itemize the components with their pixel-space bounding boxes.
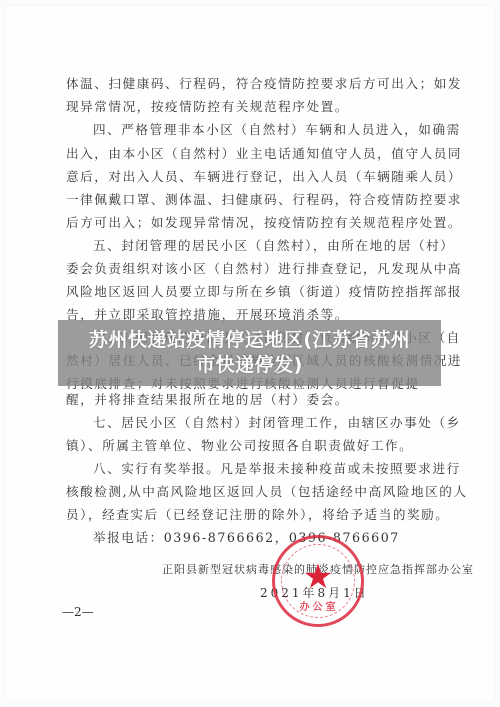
doc-line: 一律佩戴口罩、测体温、扫健康码、行程码，符合疫情防控要求 bbox=[66, 192, 462, 208]
doc-line: 七、居民小区（自然村）封闭管理工作，由辖区办事处（乡 bbox=[93, 415, 461, 431]
report-phone-line: 举报电话：0396-8766662，0396-8766607 bbox=[93, 530, 400, 546]
doc-line: 委会负责组织对该小区（自然村）进行排查登记，凡发现从中高 bbox=[66, 261, 462, 277]
doc-line: 员），经查实后（已经登记注册的除外），将给予适当的奖励。 bbox=[66, 507, 449, 523]
doc-line: 四、严格管理非本小区（自然村）车辆和人员进入，如确需 bbox=[93, 122, 461, 138]
doc-line: 后方可出入；如发现异常情况，按疫情防控有关规范程序处置。 bbox=[66, 215, 462, 231]
doc-line: 风险地区返回人员要立即与所在乡镇（街道）疫情防控指挥部报 bbox=[66, 284, 462, 300]
doc-line: 核酸检测,从中高风险地区返回人员（包括途经中高风险地区的人 bbox=[66, 484, 468, 500]
page-number: —2— bbox=[62, 605, 94, 619]
doc-line: 醒，并将排查结果报所在地的居（村）委会。 bbox=[66, 392, 349, 408]
doc-line: 八、实行有奖举报。凡是举报未接种疫苗或未按照要求进行 bbox=[93, 461, 461, 477]
doc-line: 现异常情况，按疫情防控有关规范程序处置。 bbox=[66, 99, 349, 115]
overlay-title-line2: 市快递停发) bbox=[62, 353, 437, 378]
doc-line: 五、封闭管理的居民小区（自然村），由所在地的居（村） bbox=[93, 238, 454, 254]
doc-line: 体温、扫健康码、行程码，符合疫情防控要求后方可出入；如发 bbox=[66, 76, 462, 92]
seal-text: 办公室 bbox=[297, 598, 341, 613]
official-seal: ★ 办公室 bbox=[272, 535, 364, 627]
overlay-title-line1: 苏州快递站疫情停运地区(江苏省苏州 bbox=[62, 328, 437, 353]
doc-line: 意后，对出入人员、车辆进行登记，出入人员（车辆随乘人员） bbox=[66, 169, 462, 185]
title-overlay-banner: 苏州快递站疫情停运地区(江苏省苏州 市快递停发) bbox=[58, 320, 441, 386]
doc-line: 镇）、所属主管单位、物业公司按照各自职责做好工作。 bbox=[66, 438, 413, 454]
star-icon: ★ bbox=[301, 560, 335, 594]
doc-line: 出入，由本小区（自然村）业主电话通知值守人员，值守人员同 bbox=[66, 146, 462, 162]
